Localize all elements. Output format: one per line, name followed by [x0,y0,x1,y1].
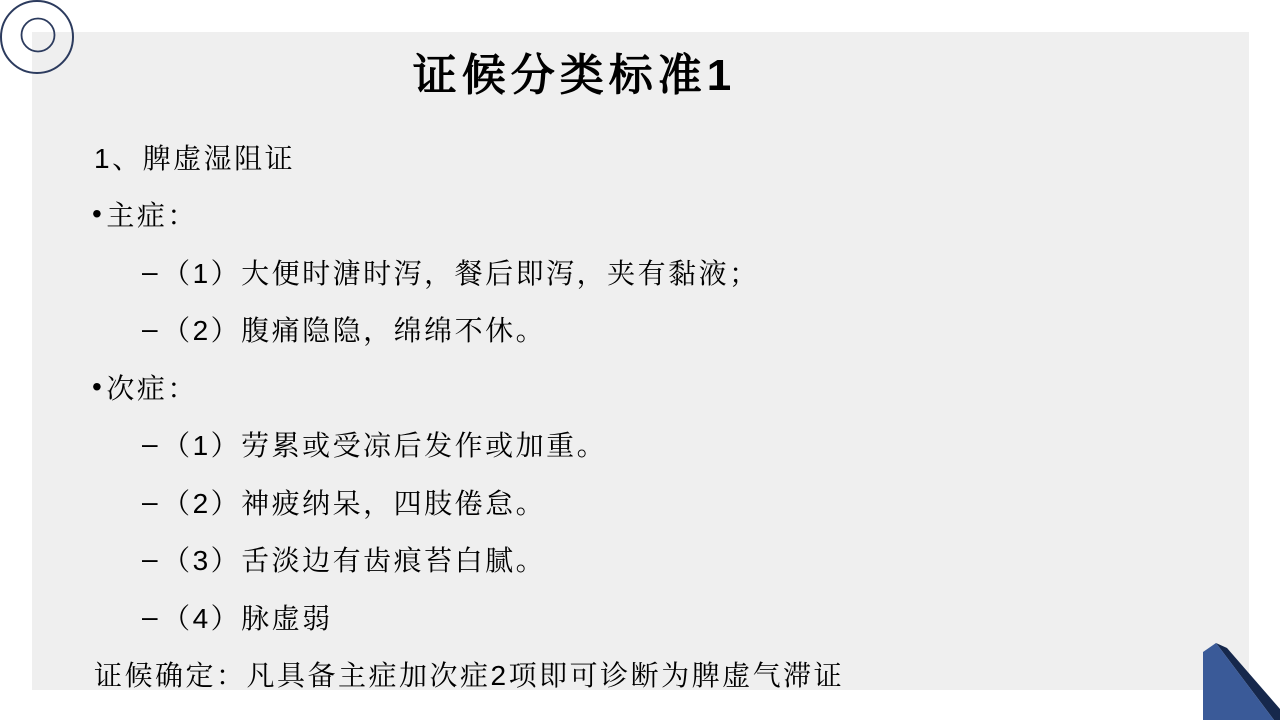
slide-title: 证候分类标准1 [32,50,1117,102]
dash-marker: – [142,543,160,575]
body-line-text: （1）大便时溏时泻，餐后即泻，夹有黏液； [162,252,760,292]
corner-blue-triangle-icon [1203,643,1274,720]
body-line-text: （4）脉虚弱 [162,597,333,637]
bullet-marker: • [92,371,104,403]
dash-marker: – [142,313,160,345]
dash-marker: – [142,601,160,633]
dash-marker: – [142,486,160,518]
dash-marker: – [142,256,160,288]
body-line-text: 1、脾虚湿阻证 [94,137,295,177]
body-line-secondary-symptoms: • 次症： [92,358,1202,416]
body-line-main-1: – （1）大便时溏时泻，餐后即泻，夹有黏液； [92,243,1202,301]
corner-fold-decoration [1180,620,1280,720]
body-line-text: 次症： [106,367,198,407]
body-line-conclusion: 证候确定：凡具备主症加次症2项即可诊断为脾虚气滞证 [92,646,1202,704]
body-line-secondary-1: – （1）劳累或受凉后发作或加重。 [92,416,1202,474]
body-line-text: 证候确定：凡具备主症加次症2项即可诊断为脾虚气滞证 [94,654,844,694]
body-line-text: （2）神疲纳呆，四肢倦怠。 [162,482,546,522]
body-line-secondary-2: – （2）神疲纳呆，四肢倦怠。 [92,473,1202,531]
body-line-text: （2）腹痛隐隐，绵绵不休。 [162,309,546,349]
slide-body: 1、脾虚湿阻证 • 主症： – （1）大便时溏时泻，餐后即泻，夹有黏液； – （… [92,128,1202,703]
body-line-main-symptoms: • 主症： [92,186,1202,244]
inner-circle-icon [22,19,55,52]
body-line-text: （3）舌淡边有齿痕苔白腻。 [162,539,546,579]
body-line-secondary-4: – （4）脉虚弱 [92,588,1202,646]
body-line-text: （1）劳累或受凉后发作或加重。 [162,424,607,464]
body-line-main-2: – （2）腹痛隐隐，绵绵不休。 [92,301,1202,359]
bullet-marker: • [92,198,104,230]
slide-canvas: 证候分类标准1 1、脾虚湿阻证 • 主症： – （1）大便时溏时泻，餐后即泻，夹… [0,0,1280,720]
body-line-secondary-3: – （3）舌淡边有齿痕苔白腻。 [92,531,1202,589]
body-line-text: 主症： [106,194,198,234]
body-line-heading: 1、脾虚湿阻证 [92,128,1202,186]
dash-marker: – [142,428,160,460]
